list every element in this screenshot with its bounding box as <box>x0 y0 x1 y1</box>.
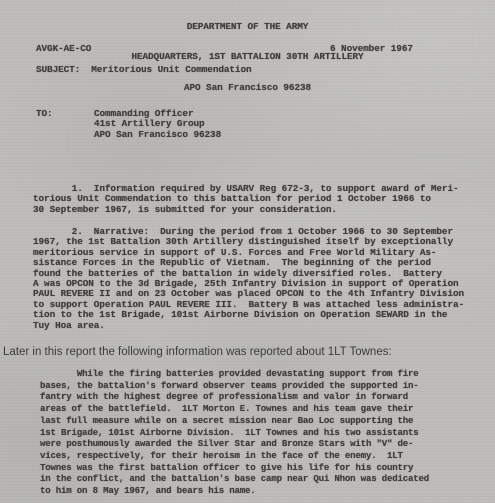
quoted-paragraph: While the firing batteries provided deva… <box>40 368 442 497</box>
apo-line: APO San Francisco 96238 <box>0 83 495 93</box>
office-symbol: AVGK-AE-CO <box>36 44 91 54</box>
paragraph-1: 1. Information required by USARV Reg 672… <box>33 184 479 215</box>
paragraph-2: 2. Narrative: During the period from 1 O… <box>33 227 483 331</box>
doc-date: 6 November 1967 <box>330 44 413 54</box>
department-line: DEPARTMENT OF THE ARMY <box>0 22 495 32</box>
subject-line: SUBJECT: Meritorious Unit Commendation <box>36 65 252 75</box>
scanned-memo-page: DEPARTMENT OF THE ARMY HEADQUARTERS, 1ST… <box>0 0 495 503</box>
inserted-caption: Later in this report the following infor… <box>3 345 392 359</box>
to-address: Commanding Officer 41st Artillery Group … <box>94 109 221 140</box>
to-label: TO: <box>36 109 94 140</box>
doc-header: DEPARTMENT OF THE ARMY HEADQUARTERS, 1ST… <box>0 1 495 114</box>
to-block: TO: Commanding Officer 41st Artillery Gr… <box>36 109 336 140</box>
